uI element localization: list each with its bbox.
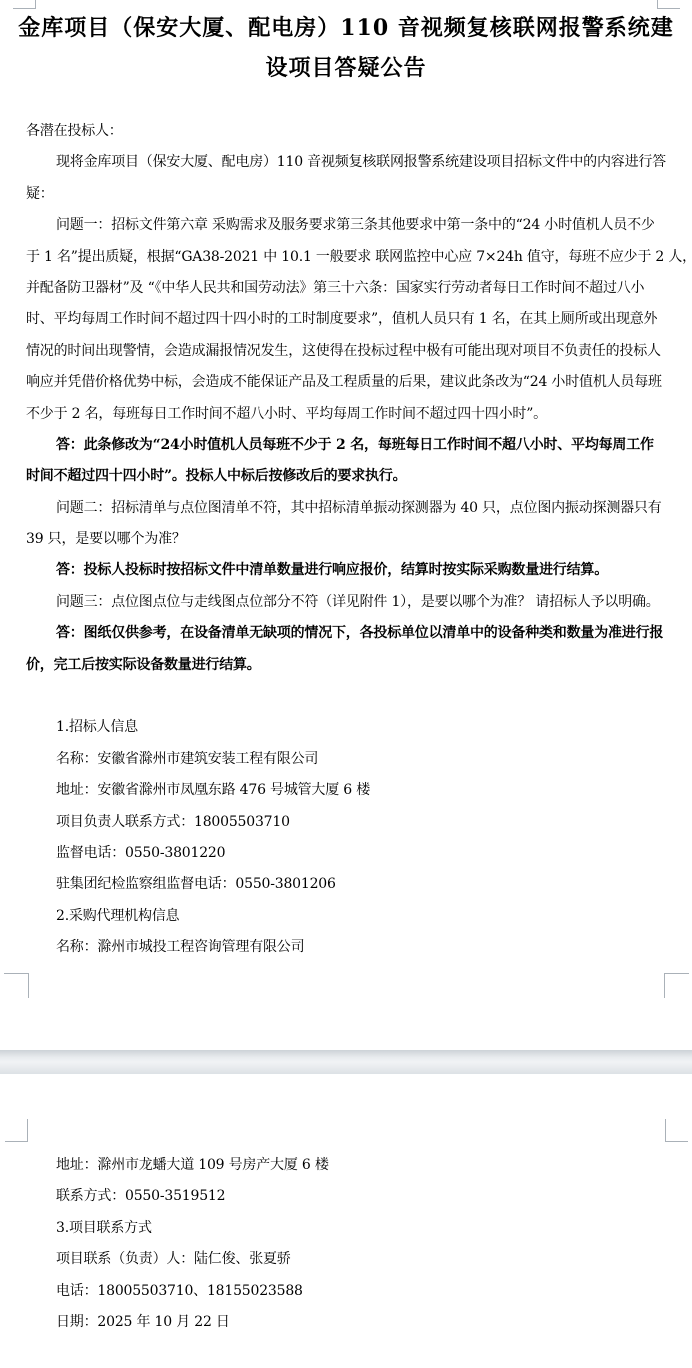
text-line: 2.采购代理机构信息 (26, 901, 666, 932)
text-line: 现将金库项目（保安大厦、配电房）110 音视频复核联网报警系统建设项目招标文件中… (26, 147, 666, 178)
text-line: 名称：滁州市城投工程咨询管理有限公司 (26, 932, 666, 963)
document-title: 金库项目（保安大厦、配电房）110 音视频复核联网报警系统建设项目答疑公告 (0, 0, 692, 88)
text-line: 响应并凭借价格优势中标，会造成不能保证产品及工程质量的后果，建议此条改为“24 … (26, 367, 666, 398)
text-line: 于 1 名”提出质疑，根据“GA38-2021 中 10.1 一般要求 联网监控… (26, 242, 666, 273)
text-line: 日期：2025 年 10 月 22 日 (26, 1307, 666, 1338)
text-line: 39 只，是要以哪个为准？ (26, 524, 666, 555)
text-line: 监督电话：0550-3801220 (26, 838, 666, 869)
document-page-1: 金库项目（保安大厦、配电房）110 音视频复核联网报警系统建设项目答疑公告 各潜… (0, 0, 692, 1050)
text-line: 3.项目联系方式 (26, 1213, 666, 1244)
page-separator (0, 1050, 692, 1074)
text-boundary-mark-top-left (5, 1119, 28, 1142)
text-line: 联系方式：0550-3519512 (26, 1181, 666, 1212)
text-boundary-mark-bottom-left (4, 973, 29, 998)
text-line: 并配备防卫器材”及 “《中华人民共和国劳动法》第三十六条：国家实行劳动者每日工作… (26, 273, 666, 304)
text-line: 疑： (26, 179, 666, 210)
text-line: 问题一：招标文件第六章 采购需求及服务要求第三条其他要求中第一条中的“24 小时… (26, 210, 666, 241)
text-boundary-mark-top-right (665, 1119, 688, 1142)
text-boundary-mark-bottom-right (664, 973, 689, 998)
blank-line (26, 681, 666, 712)
text-boundary-mark-top-left (13, 0, 36, 9)
text-line: 答：此条修改为“24小时值机人员每班不少于 2 名，每班每日工作时间不超八小时、… (26, 430, 666, 461)
text-line: 项目联系（负责）人：陆仁俊、张夏骄 (26, 1244, 666, 1275)
text-line: 价，完工后按实际设备数量进行结算。 (26, 650, 666, 681)
document-page-2: 地址：滁州市龙蟠大道 109 号房产大厦 6 楼联系方式：0550-351951… (0, 1074, 692, 1368)
text-line: 地址：滁州市龙蟠大道 109 号房产大厦 6 楼 (26, 1150, 666, 1181)
text-line: 驻集团纪检监察组监督电话：0550-3801206 (26, 869, 666, 900)
text-line: 不少于 2 名，每班每日工作时间不超八小时、平均每周工作时间不超过四十四小时”。 (26, 399, 666, 430)
page-1-body-text: 各潜在投标人：现将金库项目（保安大厦、配电房）110 音视频复核联网报警系统建设… (26, 116, 666, 964)
text-line: 答：投标人投标时按招标文件中清单数量进行响应报价，结算时按实际采购数量进行结算。 (26, 555, 666, 586)
text-line: 地址：安徽省滁州市凤凰东路 476 号城管大厦 6 楼 (26, 775, 666, 806)
text-line: 1.招标人信息 (26, 712, 666, 743)
text-line: 名称：安徽省滁州市建筑安装工程有限公司 (26, 744, 666, 775)
text-line: 问题三：点位图点位与走线图点位部分不符（详见附件 1），是要以哪个为准？ 请招标… (26, 587, 666, 618)
text-line: 各潜在投标人： (26, 116, 666, 147)
text-boundary-mark-top-right (657, 0, 680, 9)
text-line: 问题二：招标清单与点位图清单不符，其中招标清单振动探测器为 40 只，点位图内振… (26, 493, 666, 524)
text-line: 情况的时间出现警情，会造成漏报情况发生，这使得在投标过程中极有可能出现对项目不负… (26, 336, 666, 367)
page-2-body-text: 地址：滁州市龙蟠大道 109 号房产大厦 6 楼联系方式：0550-351951… (26, 1150, 666, 1338)
title-line-1: 金库项目（保安大厦、配电房）110 音视频复核联网报警系统建 (18, 15, 674, 41)
text-line: 时、平均每周工作时间不超过四十四小时的工时制度要求”，值机人员只有 1 名，在其… (26, 304, 666, 335)
title-line-2: 设项目答疑公告 (265, 55, 426, 81)
text-line: 项目负责人联系方式：18005503710 (26, 807, 666, 838)
text-line: 答：图纸仅供参考，在设备清单无缺项的情况下，各投标单位以清单中的设备种类和数量为… (26, 618, 666, 649)
text-line: 时间不超过四十四小时”。投标人中标后按修改后的要求执行。 (26, 461, 666, 492)
text-line: 电话：18005503710、18155023588 (26, 1276, 666, 1307)
